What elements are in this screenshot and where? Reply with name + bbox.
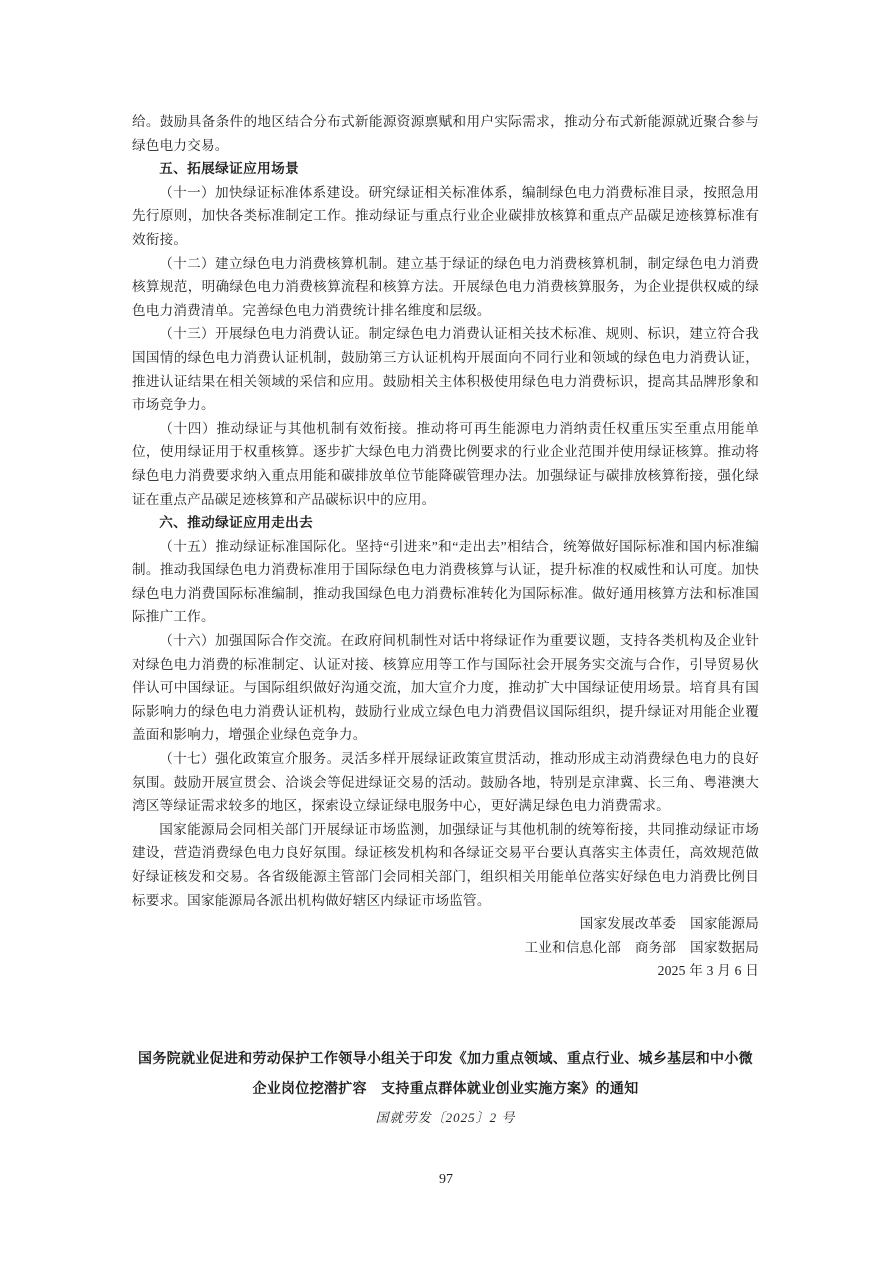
body-paragraph: （十七）强化政策宣介服务。灵活多样开展绿证政策宣贯活动，推动形成主动消费绿色电力… [132,747,759,818]
body-paragraph: （十三）开展绿色电力消费认证。制定绿色电力消费认证相关技术标准、规则、标识，建立… [132,322,759,416]
body-paragraph: （十二）建立绿色电力消费核算机制。建立基于绿证的绿色电力消费核算机制，制定绿色电… [132,252,759,323]
signature-date: 2025 年 3 月 6 日 [132,959,759,983]
document-page: 给。鼓励具备条件的地区结合分布式新能源资源禀赋和用户实际需求，推动分布式新能源就… [0,0,892,1262]
body-paragraph: （十四）推动绿证与其他机制有效衔接。推动将可再生能源电力消纳责任权重压实至重点用… [132,417,759,511]
section-heading: 五、拓展绿证应用场景 [132,157,759,181]
next-document-section: 国务院就业促进和劳动保护工作领导小组关于印发《加力重点领域、重点行业、城乡基层和… [132,1043,759,1133]
section-heading: 六、推动绿证应用走出去 [132,511,759,535]
next-document-number: 国就劳发〔2025〕2 号 [132,1103,759,1133]
body-paragraph: 给。鼓励具备条件的地区结合分布式新能源资源禀赋和用户实际需求，推动分布式新能源就… [132,110,759,157]
body-paragraph: （十五）推动绿证标准国际化。坚持“引进来”和“走出去”相结合，统筹做好国际标准和… [132,535,759,629]
signature-line-agencies-2: 工业和信息化部 商务部 国家数据局 [132,936,759,960]
document-body: 给。鼓励具备条件的地区结合分布式新能源资源禀赋和用户实际需求，推动分布式新能源就… [132,110,759,912]
body-paragraph: 国家能源局会同相关部门开展绿证市场监测，加强绿证与其他机制的统筹衔接，共同推动绿… [132,818,759,912]
body-paragraph: （十一）加快绿证标准体系建设。研究绿证相关标准体系，编制绿色电力消费标准目录，按… [132,181,759,252]
document-content: 给。鼓励具备条件的地区结合分布式新能源资源禀赋和用户实际需求，推动分布式新能源就… [132,110,759,1133]
next-document-title: 国务院就业促进和劳动保护工作领导小组关于印发《加力重点领域、重点行业、城乡基层和… [132,1043,759,1103]
page-number: 97 [0,1169,892,1191]
signature-block: 国家发展改革委 国家能源局 工业和信息化部 商务部 国家数据局 2025 年 3… [132,912,759,983]
signature-line-agencies-1: 国家发展改革委 国家能源局 [132,912,759,936]
body-paragraph: （十六）加强国际合作交流。在政府间机制性对话中将绿证作为重要议题，支持各类机构及… [132,629,759,747]
